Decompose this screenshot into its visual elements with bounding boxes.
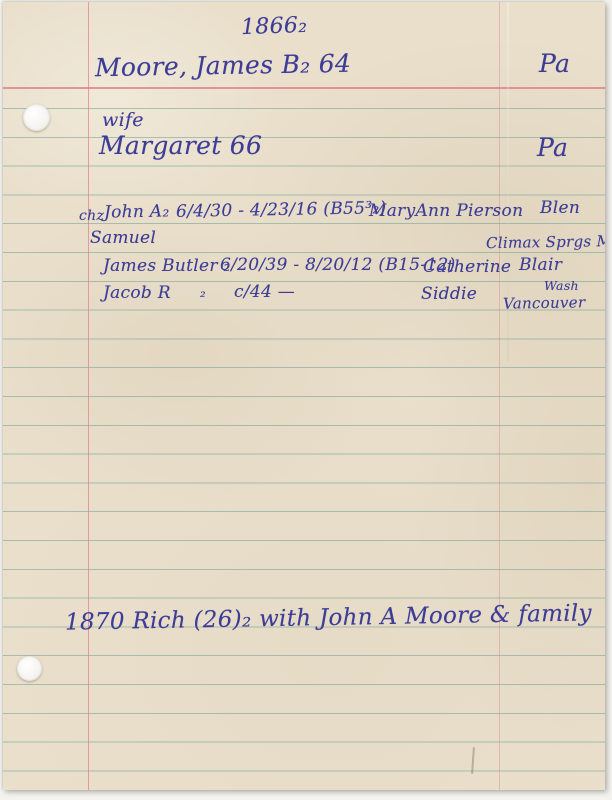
- head-residence: Pa: [539, 49, 570, 78]
- wife-label: wife: [102, 109, 144, 131]
- child-residence: Blen: [540, 198, 580, 218]
- top-margin-line: [3, 87, 605, 89]
- child-residence-state: Wash: [544, 278, 579, 293]
- child-spouse: Catherine: [423, 257, 511, 277]
- child-dates: 6/20/39 - 8/20/12 (B15-12): [220, 255, 456, 275]
- year-heading: 1866₂: [241, 13, 308, 40]
- child-name: Jacob R: [103, 283, 171, 303]
- child-name: Samuel: [90, 228, 156, 248]
- child-name: James Butler ₂: [103, 256, 231, 276]
- child-spouse: Siddie: [421, 284, 477, 304]
- hole-punch-bottom: [17, 656, 42, 681]
- child-residence: Vancouver: [503, 293, 586, 312]
- wife-residence: Pa: [537, 133, 568, 162]
- children-prefix-label: chz: [79, 208, 104, 224]
- scanned-page-background: { "page": { "year_heading": "1866₂", "he…: [0, 0, 612, 800]
- child-name: John A₂: [104, 201, 170, 222]
- head-name: Moore, James B₂ 64: [95, 49, 352, 82]
- child-dates: c/44 —: [234, 282, 295, 302]
- left-margin-line: [88, 2, 89, 790]
- child-residence: Climax Sprgs Mo: [486, 232, 605, 252]
- child-dates: 6/4/30 - 4/23/16 (B55³₂): [176, 198, 387, 222]
- wife-name: Margaret 66: [99, 131, 262, 160]
- child-marker: ₂: [200, 285, 206, 301]
- notebook-paper: 1866₂ Moore, James B₂ 64 Pa wife Margare…: [3, 2, 605, 790]
- right-margin-line: [499, 2, 500, 790]
- child-spouse: MaryAnn Pierson: [369, 201, 523, 221]
- hole-punch-top: [23, 104, 50, 131]
- child-residence: Blair: [519, 255, 562, 275]
